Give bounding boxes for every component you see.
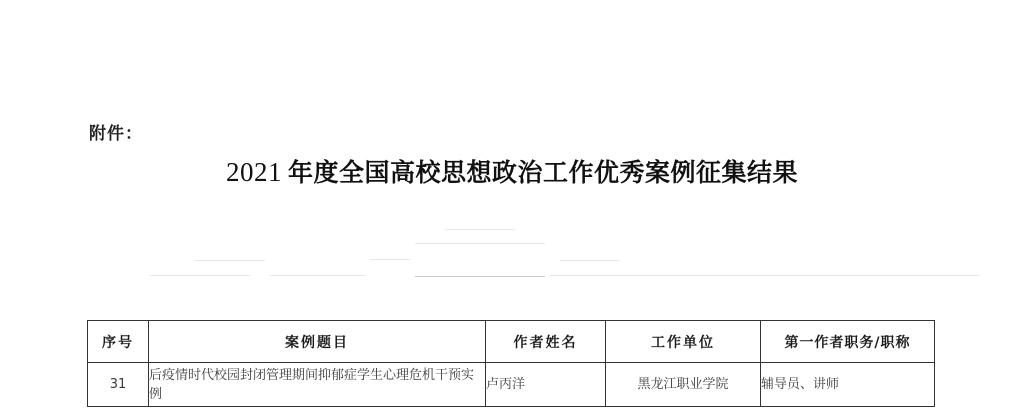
document-title-year: 2021 xyxy=(226,157,282,187)
cell-no: 31 xyxy=(88,363,149,407)
cell-work-unit: 黑龙江职业学院 xyxy=(606,363,761,407)
results-table: 序号 案例题目 作者姓名 工作单位 第一作者职务/职称 31 后疫情时代校园封闭… xyxy=(87,320,935,407)
cell-case-title: 后疫情时代校园封闭管理期间抑郁症学生心理危机干预实例 xyxy=(149,363,486,407)
header-case-title: 案例题目 xyxy=(149,321,486,363)
cell-first-author-position: 辅导员、讲师 xyxy=(761,363,935,407)
document-title-text: 年度全国高校思想政治工作优秀案例征集结果 xyxy=(288,158,798,187)
cell-author-name: 卢丙洋 xyxy=(486,363,606,407)
table-row: 31 后疫情时代校园封闭管理期间抑郁症学生心理危机干预实例 卢丙洋 黑龙江职业学… xyxy=(88,363,935,407)
header-work-unit: 工作单位 xyxy=(606,321,761,363)
table-header-row: 序号 案例题目 作者姓名 工作单位 第一作者职务/职称 xyxy=(88,321,935,363)
header-no: 序号 xyxy=(88,321,149,363)
header-first-author-position: 第一作者职务/职称 xyxy=(761,321,935,363)
attachment-label: 附件： xyxy=(89,119,143,144)
header-author-name: 作者姓名 xyxy=(486,321,606,363)
document-title: 2021年度全国高校思想政治工作优秀案例征集结果 xyxy=(0,153,1024,189)
